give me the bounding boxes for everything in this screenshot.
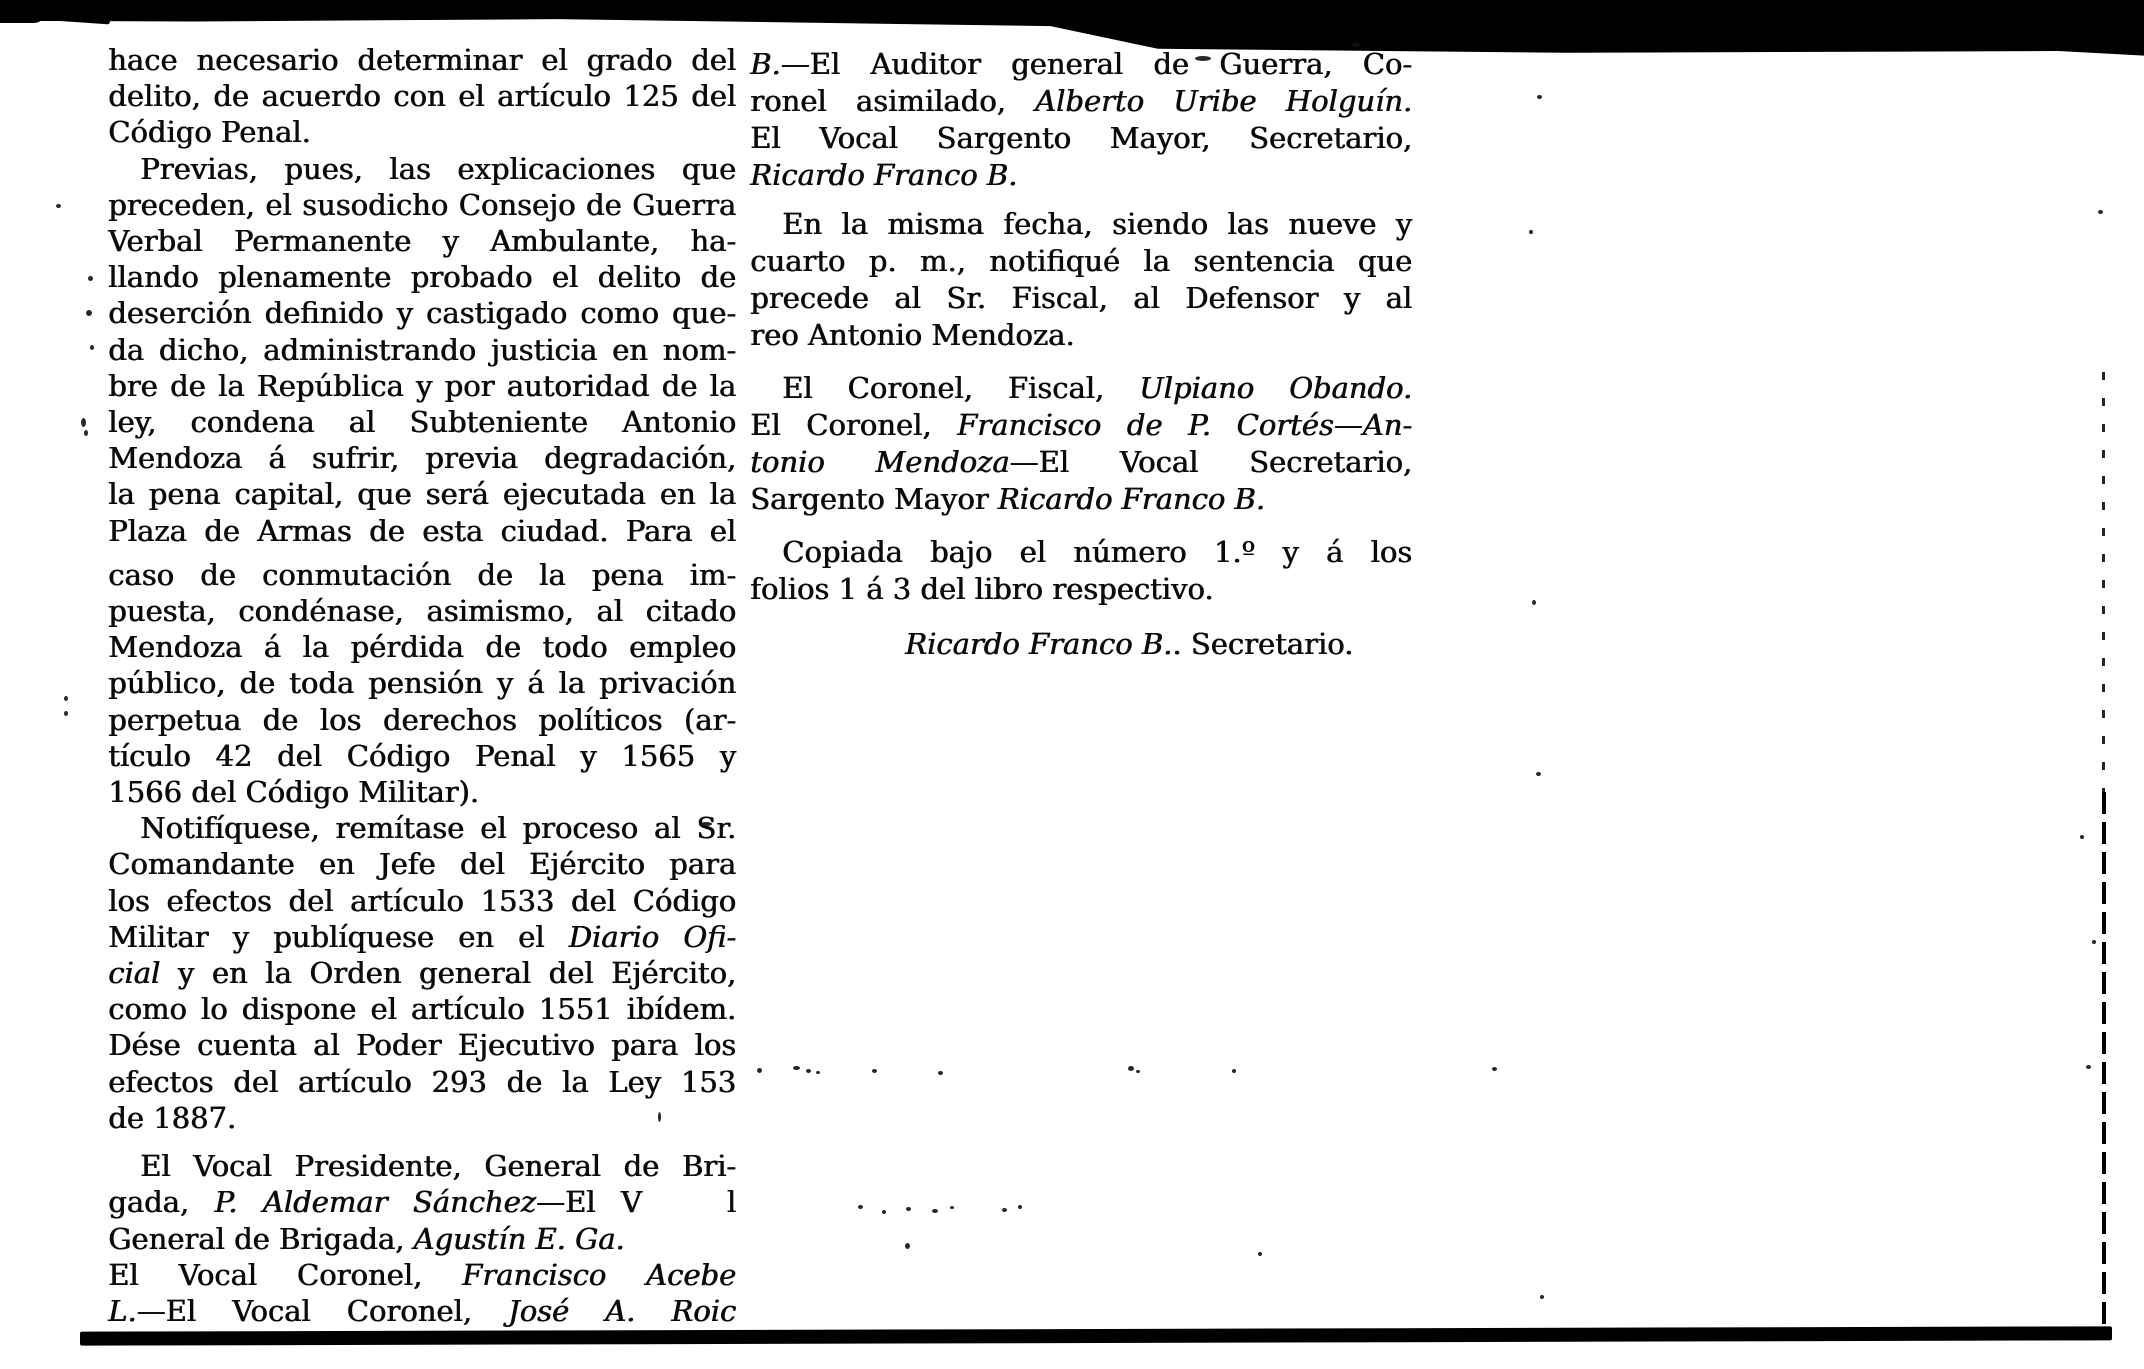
- paragraph: Ricardo Franco B.. Secretario.: [750, 626, 1412, 663]
- italic-text-run: B.—: [750, 47, 810, 81]
- text-run: Sargento Mayor: [750, 482, 998, 516]
- ink-speck: [56, 204, 61, 208]
- italic-text-run: Ricardo Franco B.: [750, 158, 1017, 192]
- ink-speck: [2080, 835, 2084, 839]
- italic-text-run: José A. Roic: [508, 1294, 736, 1328]
- text-run: deserción definido y castigado como que-: [108, 296, 736, 330]
- ink-speck: [882, 1210, 886, 1214]
- ink-speck: [905, 1243, 910, 1249]
- text-line: El Vocal Coronel, Francisco Acebe: [108, 1257, 736, 1293]
- ink-speck: [64, 696, 68, 701]
- text-run: folios 1 á 3 del libro respectivo.: [750, 572, 1213, 606]
- text-line: El Vocal Sargento Mayor, Secretario,: [750, 120, 1412, 157]
- text-run: El Vocal Sargento Mayor, Secretario,: [750, 121, 1412, 155]
- ink-speck: [1536, 772, 1541, 776]
- text-line: B.—El Auditor general de Guerra, Co-: [750, 46, 1412, 83]
- ink-speck: [90, 345, 94, 350]
- italic-text-run: Ricardo Franco B.: [905, 627, 1172, 661]
- text-line: folios 1 á 3 del libro respectivo.: [750, 571, 1412, 608]
- text-run: l: [727, 1185, 736, 1219]
- ink-speck: [84, 430, 88, 436]
- text-run: ley, condena al Subteniente Antonio: [108, 405, 736, 439]
- paragraph: El Vocal Presidente, General de Bri-gada…: [108, 1148, 736, 1329]
- ink-speck: [1532, 600, 1536, 605]
- text-line: preceden, el susodicho Consejo de Guerra: [108, 187, 736, 223]
- ink-speck: [700, 822, 712, 826]
- ink-speck: [806, 1069, 811, 1073]
- text-run: Plaza de Armas de esta ciudad. Para el: [108, 514, 736, 548]
- text-line: Dése cuenta al Poder Ejecutivo para los: [108, 1027, 736, 1063]
- text-run: puesta, condénase, asimismo, al citado: [108, 594, 736, 628]
- text-run: Verbal Permanente y Ambulante, ha-: [108, 224, 736, 258]
- ink-speck: [872, 1069, 877, 1073]
- text-run: —El Vocal Coronel,: [136, 1294, 507, 1328]
- paragraph: El Coronel, Fiscal, Ulpiano Obando.El Co…: [750, 370, 1412, 518]
- paragraph: caso de conmutación de la pena im-puesta…: [108, 557, 736, 810]
- italic-text-run: L.: [108, 1294, 136, 1328]
- text-line: reo Antonio Mendoza.: [750, 317, 1412, 354]
- text-run: caso de conmutación de la pena im-: [108, 558, 736, 592]
- italic-text-run: Ricardo Franco B.: [998, 482, 1265, 516]
- text-line: de 1887.: [108, 1100, 736, 1136]
- text-run: tículo 42 del Código Penal y 1565 y: [108, 739, 736, 773]
- ink-speck: [1232, 1069, 1236, 1073]
- scan-bottom-rule: [80, 1326, 2112, 1345]
- text-line: Código Penal.: [108, 114, 736, 150]
- text-line: tonio Mendoza—El Vocal Secretario,: [750, 444, 1412, 481]
- text-line: los efectos del artículo 1533 del Código: [108, 883, 736, 919]
- ink-speck: [1136, 1070, 1140, 1073]
- text-run: Copiada bajo el número 1.º y á los: [782, 535, 1412, 569]
- ink-speck: [81, 418, 86, 427]
- ink-speck: [906, 1207, 911, 1211]
- text-line: puesta, condénase, asimismo, al citado: [108, 593, 736, 629]
- italic-text-run: Francisco Acebe: [462, 1258, 736, 1292]
- italic-text-run: P. Aldemar Sánchez: [214, 1185, 536, 1219]
- text-run: la pena capital, que será ejecutada en l…: [108, 477, 736, 511]
- text-line: deserción definido y castigado como que-: [108, 295, 736, 331]
- scanned-document-page: hace necesario determinar el grado delde…: [0, 0, 2144, 1369]
- text-line: gada, P. Aldemar Sánchez—El Vl: [108, 1184, 736, 1220]
- scan-right-rule-upper: [2102, 372, 2105, 792]
- scan-top-left-mark: [0, 0, 46, 23]
- text-run: delito, de acuerdo con el artículo 125 d…: [108, 79, 736, 113]
- text-run: Notifíquese, remítase el proceso al Sr.: [140, 811, 736, 845]
- paragraph: hace necesario determinar el grado delde…: [108, 42, 736, 151]
- text-run: . Secretario.: [1172, 627, 1353, 661]
- text-run: Dése cuenta al Poder Ejecutivo para los: [108, 1028, 736, 1062]
- text-line: El Coronel, Francisco de P. Cortés—An-: [750, 407, 1412, 444]
- text-run: efectos del artículo 293 de la Ley 153: [108, 1065, 736, 1099]
- text-line: tículo 42 del Código Penal y 1565 y: [108, 738, 736, 774]
- text-line: Verbal Permanente y Ambulante, ha-: [108, 223, 736, 259]
- ink-speck: [816, 1071, 820, 1074]
- ink-speck: [1540, 1295, 1544, 1299]
- ink-speck: [1002, 1208, 1007, 1212]
- text-run: hace necesario determinar el grado del: [108, 43, 736, 77]
- text-line: Copiada bajo el número 1.º y á los: [750, 534, 1412, 571]
- ink-speck: [950, 1206, 954, 1209]
- text-run: reo Antonio Mendoza.: [750, 318, 1074, 352]
- text-run: llando plenamente probado el delito de: [108, 260, 736, 294]
- ink-speck: [858, 1205, 863, 1209]
- text-run: de 1887.: [108, 1101, 236, 1135]
- text-run: Previas, pues, las explicaciones que: [140, 152, 736, 186]
- ink-speck: [2092, 940, 2096, 944]
- text-line: General de Brigada, Agustín E. Ga.: [108, 1221, 736, 1257]
- text-run: El Vocal Coronel,: [108, 1258, 462, 1292]
- ink-speck: [757, 1068, 762, 1073]
- text-run: precede al Sr. Fiscal, al Defensor y al: [750, 281, 1412, 315]
- text-line: Militar y publíquese en el Diario Ofi-: [108, 919, 736, 955]
- italic-text-run: Francisco de P. Cortés—An-: [957, 408, 1412, 442]
- paragraph: Previas, pues, las explicaciones queprec…: [108, 151, 736, 549]
- text-line: efectos del artículo 293 de la Ley 153: [108, 1064, 736, 1100]
- text-run: cuarto p. m., notifiqué la sentencia que: [750, 244, 1412, 278]
- ink-speck: [2098, 210, 2103, 214]
- text-line: llando plenamente probado el delito de: [108, 259, 736, 295]
- text-line: delito, de acuerdo con el artículo 125 d…: [108, 78, 736, 114]
- text-run: Mendoza á sufrir, previa degradación,: [108, 441, 736, 475]
- text-line: cuarto p. m., notifiqué la sentencia que: [750, 243, 1412, 280]
- text-run: 1566 del Código Militar).: [108, 775, 479, 809]
- text-run: ronel asimilado,: [750, 84, 1035, 118]
- text-line: ley, condena al Subteniente Antonio: [108, 404, 736, 440]
- text-line: Previas, pues, las explicaciones que: [108, 151, 736, 187]
- text-line: Ricardo Franco B.: [750, 157, 1412, 194]
- text-run: Militar y publíquese en el: [108, 920, 569, 954]
- text-run: El Vocal Presidente, General de Bri-: [140, 1149, 736, 1183]
- text-run: —El Vocal Secretario,: [1009, 445, 1412, 479]
- text-run: los efectos del artículo 1533 del Código: [108, 884, 736, 918]
- paragraph: Notifíquese, remítase el proceso al Sr.C…: [108, 810, 736, 1136]
- paragraph: B.—El Auditor general de Guerra, Co-rone…: [750, 46, 1412, 194]
- right-text-column: B.—El Auditor general de Guerra, Co-rone…: [750, 46, 1412, 663]
- text-run: preceden, el susodicho Consejo de Guerra: [108, 188, 736, 222]
- text-line: Mendoza á la pérdida de todo empleo: [108, 629, 736, 665]
- text-run: El Coronel,: [750, 408, 957, 442]
- text-run: General de Brigada,: [108, 1222, 413, 1256]
- ink-speck: [1195, 56, 1211, 61]
- text-run: y en la Orden general del Ejército,: [160, 956, 736, 990]
- text-line: El Coronel, Fiscal, Ulpiano Obando.: [750, 370, 1412, 407]
- text-run: —El V: [536, 1185, 642, 1219]
- text-line: la pena capital, que será ejecutada en l…: [108, 476, 736, 512]
- text-run: El Auditor general de Guerra, Co-: [810, 47, 1412, 81]
- ink-speck: [793, 1066, 800, 1070]
- text-line: Sargento Mayor Ricardo Franco B.: [750, 481, 1412, 518]
- ink-speck: [1537, 95, 1542, 99]
- text-line: da dicho, administrando justicia en nom-: [108, 332, 736, 368]
- text-run: El Coronel, Fiscal,: [782, 371, 1139, 405]
- text-line: bre de la República y por autoridad de l…: [108, 368, 736, 404]
- text-line: Ricardo Franco B.. Secretario.: [750, 626, 1412, 663]
- ink-speck: [938, 1071, 943, 1075]
- left-text-column: hace necesario determinar el grado delde…: [108, 42, 736, 1329]
- ink-speck: [64, 711, 68, 716]
- ink-speck: [1128, 1066, 1134, 1071]
- italic-text-run: Agustín E. Ga.: [413, 1222, 624, 1256]
- ink-speck: [1529, 230, 1533, 234]
- italic-text-run: Diario Ofi-: [569, 920, 736, 954]
- text-run: Mendoza á la pérdida de todo empleo: [108, 630, 736, 664]
- text-line: Plaza de Armas de esta ciudad. Para el: [108, 513, 736, 549]
- text-run: público, de toda pensión y á la privació…: [108, 666, 736, 700]
- text-line: En la misma fecha, siendo las nueve y: [750, 206, 1412, 243]
- text-run: perpetua de los derechos políticos (ar-: [108, 703, 736, 737]
- text-line: caso de conmutación de la pena im-: [108, 557, 736, 593]
- text-line: como lo dispone el artículo 1551 ibídem.: [108, 991, 736, 1027]
- damaged-print-gap: [642, 1211, 727, 1212]
- ink-speck: [1018, 1205, 1022, 1209]
- text-line: L.—El Vocal Coronel, José A. Roic: [108, 1293, 736, 1329]
- text-line: Mendoza á sufrir, previa degradación,: [108, 440, 736, 476]
- text-line: hace necesario determinar el grado del: [108, 42, 736, 78]
- text-line: cial y en la Orden general del Ejército,: [108, 955, 736, 991]
- text-line: precede al Sr. Fiscal, al Defensor y al: [750, 280, 1412, 317]
- text-run: En la misma fecha, siendo las nueve y: [782, 207, 1412, 241]
- ink-speck: [1258, 1252, 1262, 1256]
- text-line: público, de toda pensión y á la privació…: [108, 665, 736, 701]
- text-run: como lo dispone el artículo 1551 ibídem.: [108, 992, 736, 1026]
- text-line: El Vocal Presidente, General de Bri-: [108, 1148, 736, 1184]
- ink-speck: [1352, 42, 1360, 47]
- text-run: da dicho, administrando justicia en nom-: [108, 333, 736, 367]
- text-run: Comandante en Jefe del Ejército para: [108, 847, 736, 881]
- text-line: perpetua de los derechos políticos (ar-: [108, 702, 736, 738]
- paragraph: En la misma fecha, siendo las nueve ycua…: [750, 206, 1412, 354]
- text-run: gada,: [108, 1185, 214, 1219]
- text-line: Comandante en Jefe del Ejército para: [108, 846, 736, 882]
- ink-speck: [1492, 1067, 1497, 1071]
- text-line: 1566 del Código Militar).: [108, 774, 736, 810]
- italic-text-run: tonio Mendoza: [750, 445, 1009, 479]
- text-line: Notifíquese, remítase el proceso al Sr.: [108, 810, 736, 846]
- paragraph: Copiada bajo el número 1.º y á losfolios…: [750, 534, 1412, 608]
- ink-speck: [932, 1209, 938, 1213]
- italic-text-run: cial: [108, 956, 160, 990]
- text-line: ronel asimilado, Alberto Uribe Holguín.: [750, 83, 1412, 120]
- ink-speck: [88, 276, 93, 281]
- italic-text-run: Alberto Uribe Holguín.: [1035, 84, 1412, 118]
- ink-speck: [2086, 1065, 2091, 1069]
- text-run: Código Penal.: [108, 115, 311, 149]
- ink-speck: [658, 1112, 661, 1122]
- text-run: bre de la República y por autoridad de l…: [108, 369, 736, 403]
- ink-speck: [86, 310, 92, 316]
- italic-text-run: Ulpiano Obando.: [1139, 371, 1412, 405]
- scan-right-rule-lower: [2102, 792, 2106, 1338]
